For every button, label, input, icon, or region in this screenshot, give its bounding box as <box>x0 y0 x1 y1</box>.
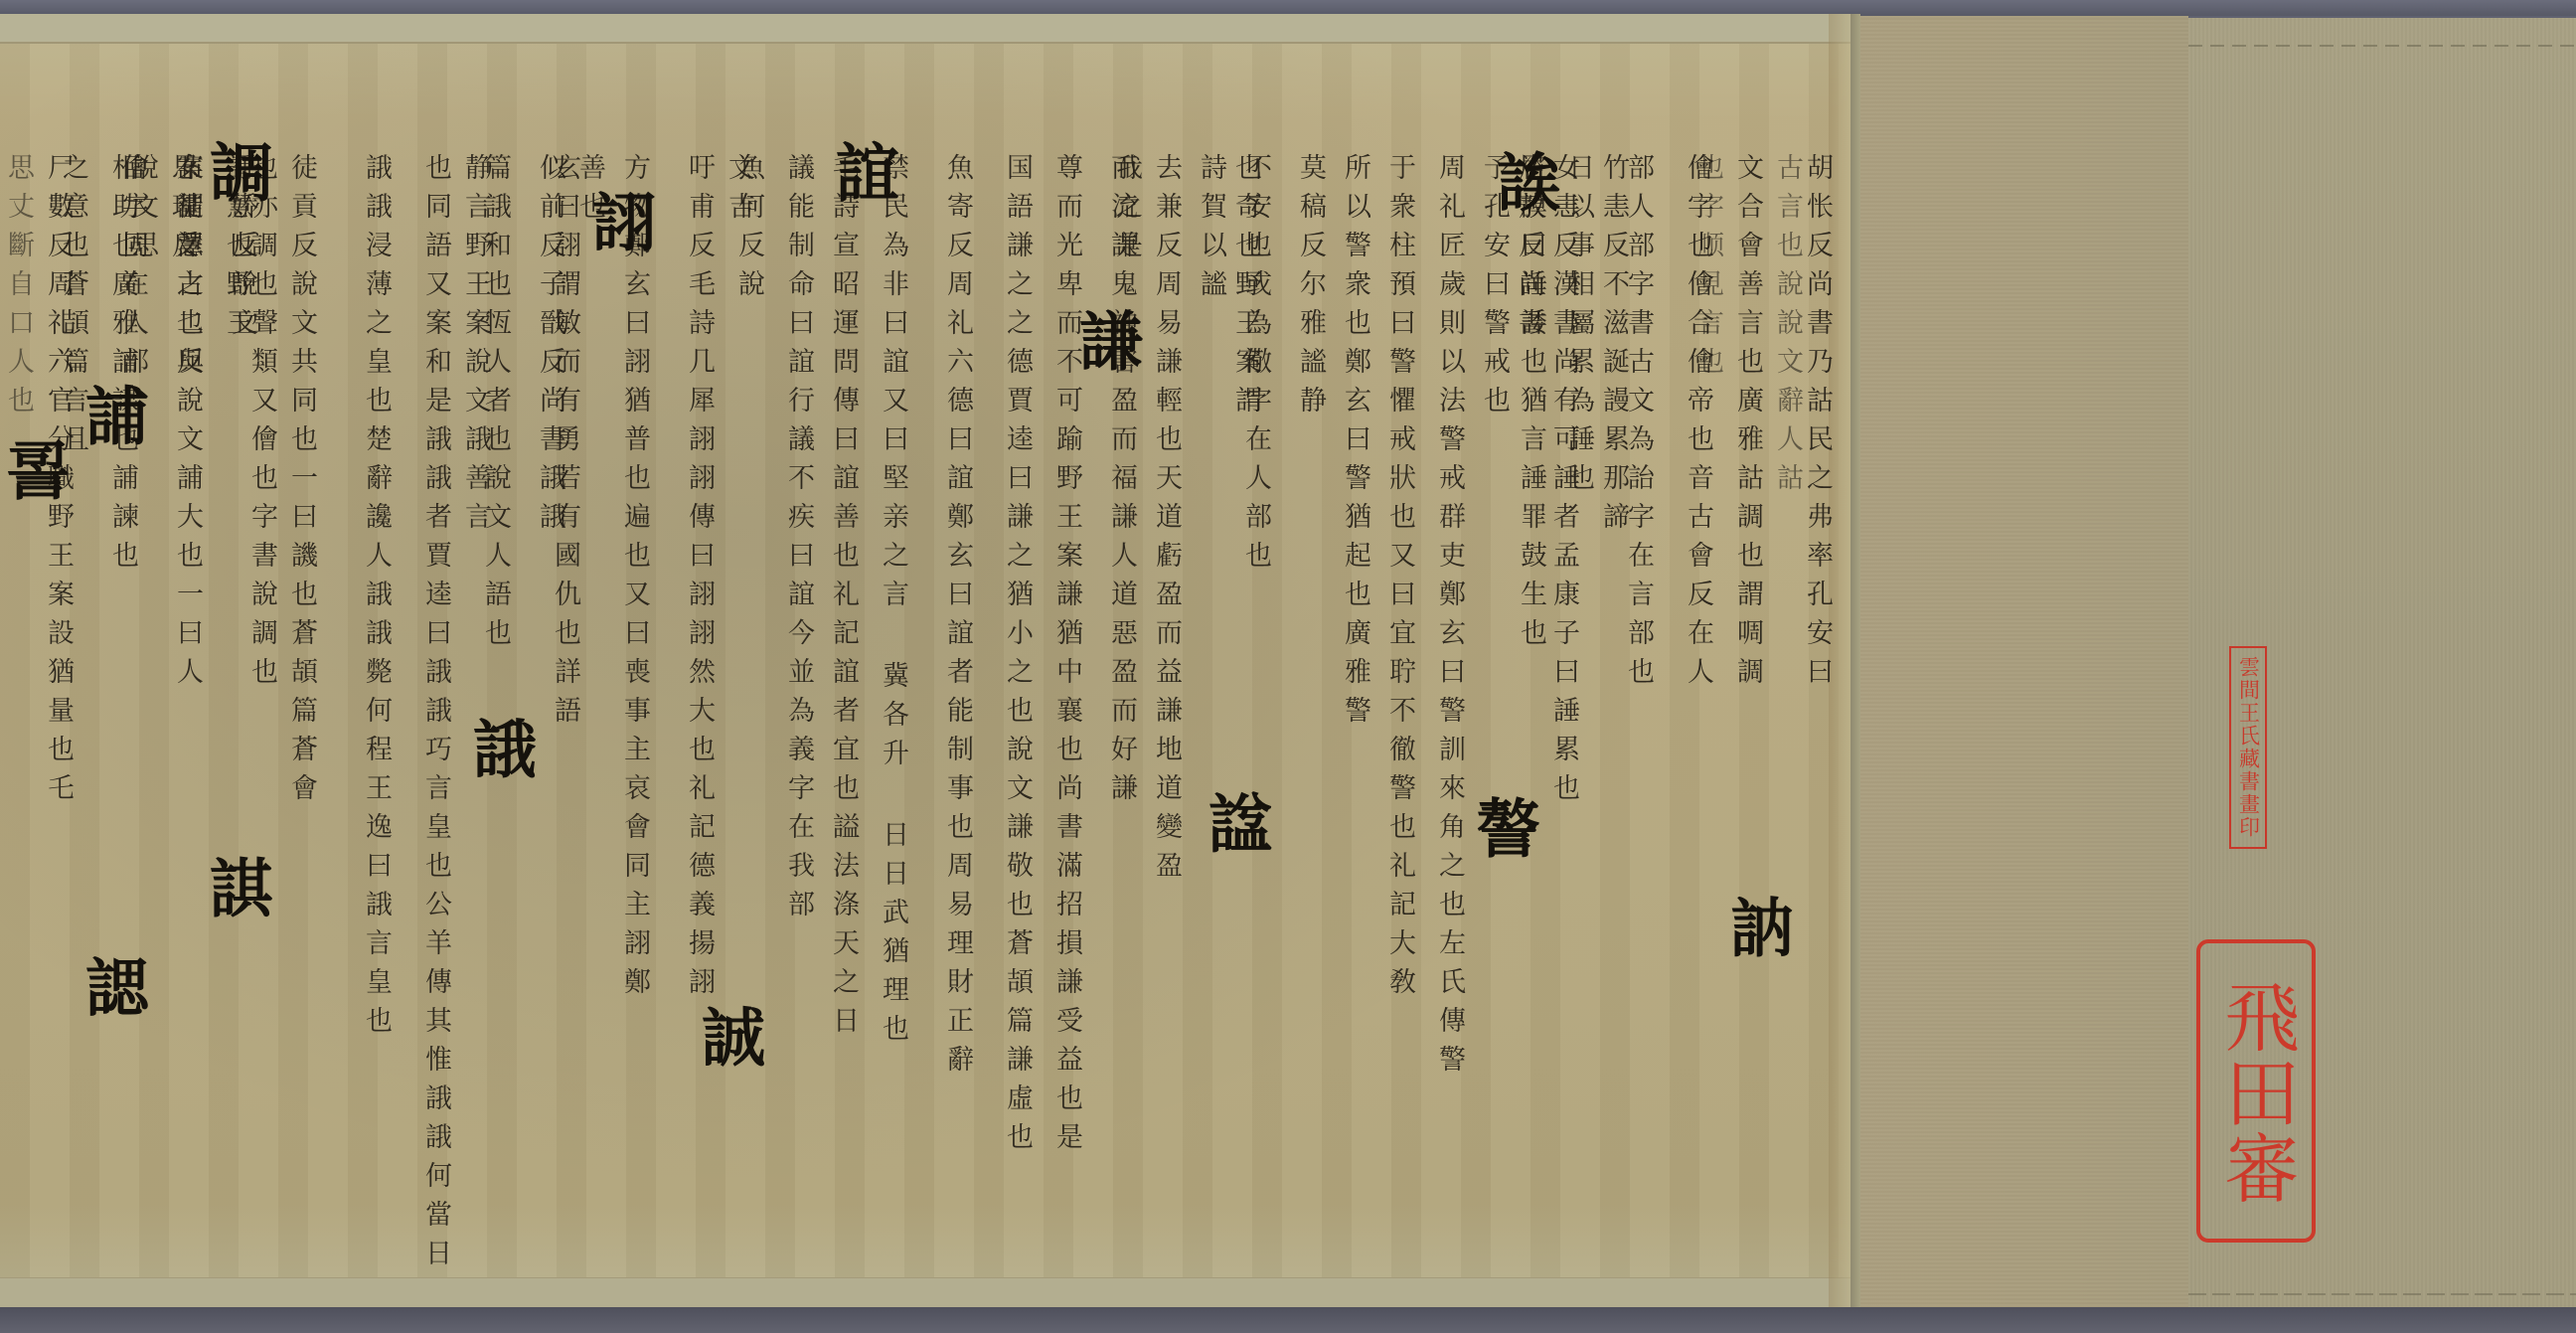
text-column: 而流謙鬼神害盈而福謙人道惡盈而好謙 <box>1108 153 1135 812</box>
manuscript-paper: 胡怅反尚書乃詁民之弗率孔安曰古言也說說文辭人詁文合會善言也廣雅詁調也謂啁調也字顺… <box>0 14 1851 1308</box>
text-column: 方物鄭玄曰詡猶普也遍也又曰喪事主哀會同主詡鄭 <box>621 153 648 1006</box>
text-column: 去兼反周易謙輕也天道虧盈而益謙地道變盈 <box>1153 153 1180 890</box>
headword: 詡 <box>586 189 650 252</box>
collector-seal-small: 雲間王氏藏書畫印 <box>2229 646 2267 849</box>
text-column: 思理反 <box>169 153 196 269</box>
text-column: 毛詩宣昭運問傳曰誼善也礼記誼者宜也謚法涤天之日 <box>830 153 857 1045</box>
text-column: 尊而光卑而不可踰野王案謙猶中襄也尚書滿招損謙受益也是 <box>1053 153 1080 1161</box>
top-margin <box>0 14 1851 44</box>
text-column: 誐誐浸薄之皇也楚辭讒人誐誐斃何程王逸曰誐言皇也 <box>363 153 390 1045</box>
text-column: 女恚反漢書尚有可諈者孟康子曰諈累也 <box>1550 153 1577 812</box>
text-column: 静言野王案說文誐善言 <box>462 153 489 541</box>
text-column: 議能制命曰誼行議不疾曰誼今並為義字在我部 <box>785 153 812 928</box>
text-column: 莫稿反尔雅謐静 <box>1297 153 1324 424</box>
scroll-view: 胡怅反尚書乃詁民之弗率孔安曰古言也說說文辭人詁文合會善言也廣雅詁調也謂啁調也字顺… <box>0 0 2576 1333</box>
text-column: 文吉 <box>725 153 752 231</box>
text-column: 竹恚反不滋誕謾累那諦 <box>1600 153 1627 541</box>
text-column: 也同語又案和是誐誐者賈逵曰誐誐巧言皇也公羊傳其惟誐誐何當日 <box>422 153 449 1277</box>
headword: 調 <box>204 139 267 203</box>
headword: 誧 <box>80 383 143 446</box>
text-column: 儈字也儈合儈帝也音古會反在人 <box>1685 153 1711 696</box>
text-column: 徒貢反說文共同也一曰譏也蒼頡篇蒼會 <box>288 153 315 812</box>
headword: 誒 <box>1491 149 1554 213</box>
headword: 䛐 <box>0 437 64 501</box>
ruled-line-top <box>2188 45 2576 47</box>
text-column: 所以警衆也鄭玄曰警猶起也廣雅警 <box>1342 153 1368 735</box>
mount-panel-left <box>1860 16 2188 1310</box>
mount-seam <box>1851 14 1860 1310</box>
headword: 誠 <box>696 1004 759 1068</box>
text-column: 也奇也野王案謂 <box>1232 153 1259 424</box>
collector-seal-large: 飛田審 <box>2196 939 2316 1243</box>
headword: 諆 <box>204 855 267 918</box>
text-column: 魚寄反周礼六德曰誼鄭玄曰誼者能制事也周易理財正辭 <box>944 153 971 1083</box>
text-column: 文合會善言也廣雅詁調也謂啁調 <box>1734 153 1761 696</box>
text-column: 胡怅反尚書乃詁民之弗率孔安曰 <box>1804 153 1831 696</box>
text-column: 周礼匠歲則以法警戒群吏鄭玄曰警訓來角之也左氏傳警 <box>1436 153 1463 1083</box>
headword: 謷 <box>1471 795 1534 859</box>
text-column: 禁民為非曰誼又曰堅亲之言 冀各升 日日武猶理也 <box>880 153 906 1053</box>
text-column: 古言也說說文辭人詁 <box>1774 153 1801 502</box>
text-column: 相助也廣雅誧謀也誧諫也 <box>109 153 136 580</box>
text-column: 吁甫反毛詩几犀詡詡傳曰詡詡然大也礼記德義揚詡 <box>686 153 713 1006</box>
headword: 訥 <box>1724 895 1788 958</box>
text-column: 思丈斷自口人也 <box>5 153 32 424</box>
headword: 誐 <box>467 716 531 779</box>
text-column: 部人部字書古文為詒字在言部也 <box>1625 153 1652 696</box>
text-column: 詩賀以謐 <box>1198 153 1224 308</box>
text-column: 国語謙之之德賈逵曰謙之猶小之也說文謙敬也蒼頡篇謙虛也 <box>1004 153 1031 1161</box>
ruled-line-bottom <box>2188 1293 2576 1295</box>
headword: 諡 <box>1203 790 1266 854</box>
text-column: 于衆柱預曰警懼戒狀也又曰宜聍不徹警也礼記大敎 <box>1386 153 1413 1006</box>
background-bottom <box>0 1307 2576 1333</box>
bottom-margin <box>0 1277 1851 1308</box>
headword: 誼 <box>830 139 893 203</box>
headword: 諰 <box>80 954 143 1018</box>
text-column: 似前反子戩反尚書誐誐 <box>537 153 563 541</box>
headword: 謙 <box>1073 308 1137 372</box>
